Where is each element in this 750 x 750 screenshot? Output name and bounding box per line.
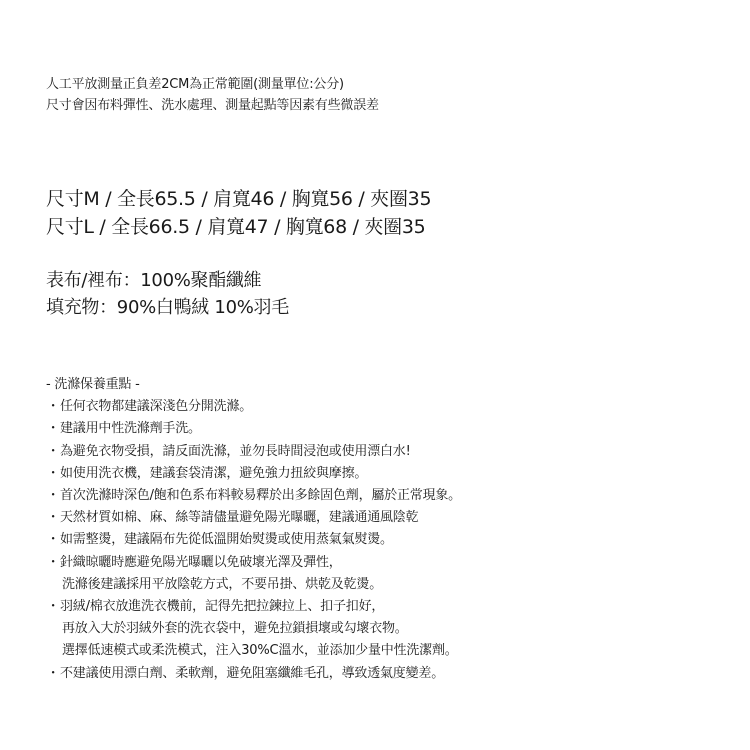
- size-l-row: 尺寸L / 全長66.5 / 肩寬47 / 胸寬68 / 夾圈35: [46, 213, 431, 241]
- care-item-text: 天然材質如棉、麻、絲等請儘量避免陽光曝曬，建議通通風陰乾: [60, 510, 418, 525]
- care-item-text: 任何衣物都建議深淺色分開洗滌。: [60, 399, 252, 414]
- care-item-text: 首次洗滌時深色/飽和色系布料較易釋於出多餘固色劑，屬於正常現象。: [60, 488, 461, 503]
- care-item-text: 建議用中性洗滌劑手洗。: [60, 421, 201, 436]
- care-item-text-continued: 選擇低速模式或柔洗模式，注入30%C溫水，並添加少量中性洗潔劑。: [46, 640, 461, 662]
- measurement-tolerance-text: 人工平放測量正負差2CM為正常範圍(測量單位:公分): [46, 74, 379, 95]
- care-item: ・首次洗滌時深色/飽和色系布料較易釋於出多餘固色劑，屬於正常現象。: [46, 485, 461, 507]
- bullet-icon: ・: [46, 418, 60, 440]
- bullet-icon: ・: [46, 663, 60, 685]
- care-heading: - 洗滌保養重點 -: [46, 374, 461, 396]
- filling-composition: 填充物：90%白鴨絨 10%羽毛: [46, 294, 289, 321]
- care-item: ・如需整燙，建議隔布先從低溫開始熨燙或使用蒸氣氣熨燙。: [46, 529, 461, 551]
- fabric-composition: 表布/裡布：100%聚酯纖維: [46, 267, 289, 294]
- care-item: ・羽絨/棉衣放進洗衣機前，記得先把拉鍊拉上、扣子扣好， 再放入大於羽絨外套的洗衣…: [46, 596, 461, 663]
- care-item-text: 如需整燙，建議隔布先從低溫開始熨燙或使用蒸氣氣熨燙。: [60, 532, 393, 547]
- care-item: ・針織晾曬時應避免陽光曝曬以免破壞光澤及彈性， 洗滌後建議採用平放陰乾方式，不要…: [46, 552, 461, 596]
- bullet-icon: ・: [46, 396, 60, 418]
- size-chart: 尺寸M / 全長65.5 / 肩寬46 / 胸寬56 / 夾圈35 尺寸L / …: [46, 185, 431, 241]
- bullet-icon: ・: [46, 507, 60, 529]
- care-item-text: 為避免衣物受損，請反面洗滌，並勿長時間浸泡或使用漂白水!: [60, 444, 411, 459]
- care-item: ・為避免衣物受損，請反面洗滌，並勿長時間浸泡或使用漂白水!: [46, 441, 461, 463]
- care-item-text: 如使用洗衣機，建議套袋清潔，避免強力扭絞與摩擦。: [60, 466, 367, 481]
- bullet-icon: ・: [46, 529, 60, 551]
- bullet-icon: ・: [46, 596, 60, 618]
- bullet-icon: ・: [46, 441, 60, 463]
- care-item: ・建議用中性洗滌劑手洗。: [46, 418, 461, 440]
- bullet-icon: ・: [46, 552, 60, 574]
- measurement-note: 人工平放測量正負差2CM為正常範圍(測量單位:公分) 尺寸會因布料彈性、洗水處理…: [46, 74, 379, 116]
- care-item-text-continued: 洗滌後建議採用平放陰乾方式，不要吊掛、烘乾及乾燙。: [46, 574, 461, 596]
- care-item: ・任何衣物都建議深淺色分開洗滌。: [46, 396, 461, 418]
- size-m-row: 尺寸M / 全長65.5 / 肩寬46 / 胸寬56 / 夾圈35: [46, 185, 431, 213]
- care-item-text-continued: 再放入大於羽絨外套的洗衣袋中，避免拉鎖損壞或勾壞衣物。: [46, 618, 461, 640]
- bullet-icon: ・: [46, 463, 60, 485]
- care-instructions: - 洗滌保養重點 - ・任何衣物都建議深淺色分開洗滌。 ・建議用中性洗滌劑手洗。…: [46, 374, 461, 685]
- care-item-text: 不建議使用漂白劑、柔軟劑，避免阻塞纖維毛孔，導致透氣度變差。: [60, 666, 444, 681]
- care-item: ・不建議使用漂白劑、柔軟劑，避免阻塞纖維毛孔，導致透氣度變差。: [46, 663, 461, 685]
- material-info: 表布/裡布：100%聚酯纖維 填充物：90%白鴨絨 10%羽毛: [46, 267, 289, 321]
- care-item: ・如使用洗衣機，建議套袋清潔，避免強力扭絞與摩擦。: [46, 463, 461, 485]
- care-item-text: 羽絨/棉衣放進洗衣機前，記得先把拉鍊拉上、扣子扣好，: [60, 599, 384, 614]
- measurement-variance-text: 尺寸會因布料彈性、洗水處理、測量起點等因素有些微誤差: [46, 95, 379, 116]
- care-item-text: 針織晾曬時應避免陽光曝曬以免破壞光澤及彈性，: [60, 555, 342, 570]
- bullet-icon: ・: [46, 485, 60, 507]
- care-item: ・天然材質如棉、麻、絲等請儘量避免陽光曝曬，建議通通風陰乾: [46, 507, 461, 529]
